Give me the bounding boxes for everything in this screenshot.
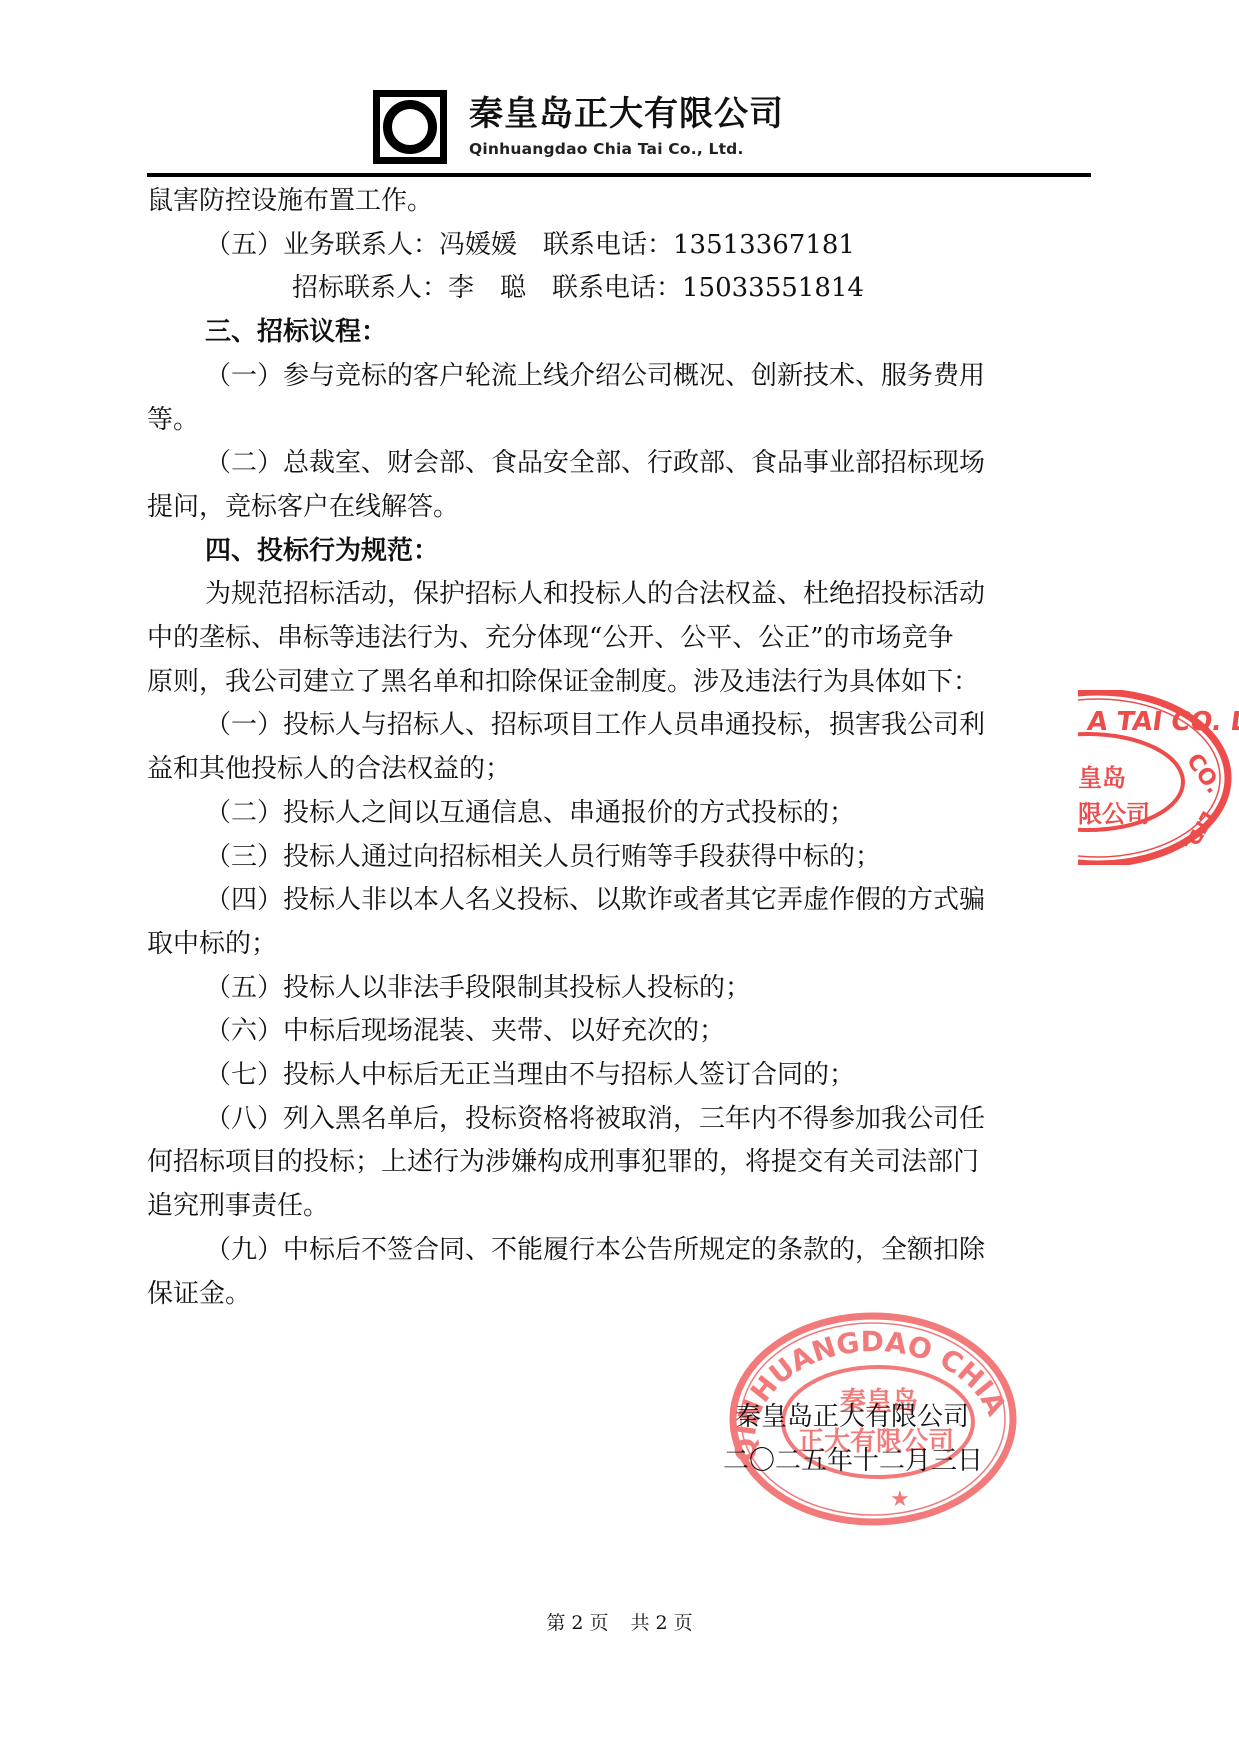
svg-text:CO.: CO. xyxy=(1181,749,1226,798)
section-heading-conduct: 四、投标行为规范： xyxy=(147,530,1082,574)
paragraph-line: 追究刑事责任。 xyxy=(147,1185,1082,1229)
svg-text:★: ★ xyxy=(890,1487,910,1512)
page-total: 共 2 页 xyxy=(631,1612,693,1634)
company-name-en: Qinhuangdao Chia Tai Co., Ltd. xyxy=(469,138,784,160)
paragraph-line: （二）总裁室、财会部、食品安全部、行政部、食品事业部招标现场 xyxy=(147,442,1082,486)
svg-text:LTD.: LTD. xyxy=(1178,807,1217,854)
paragraph-line: 取中标的； xyxy=(147,923,1082,967)
paragraph-line: （一）参与竞标的客户轮流上线介绍公司概况、创新技术、服务费用 xyxy=(147,355,1082,399)
paragraph-line: 益和其他投标人的合法权益的； xyxy=(147,748,1082,792)
section-heading-agenda: 三、招标议程： xyxy=(147,311,1082,355)
paging-seal-icon: A TAI CO. LTD. CO. LTD. 皇岛 限公司 xyxy=(1078,690,1239,865)
paragraph-line: （七）投标人中标后无正当理由不与招标人签订合同的； xyxy=(147,1054,1082,1098)
signature-company: 秦皇岛正大有限公司 xyxy=(735,1395,983,1439)
paragraph-line: （三）投标人通过向招标相关人员行贿等手段获得中标的； xyxy=(147,836,1082,880)
paragraph-line: 何招标项目的投标；上述行为涉嫌构成刑事犯罪的，将提交有关司法部门 xyxy=(147,1141,1082,1185)
document-body: 鼠害防控设施布置工作。 （五）业务联系人：冯媛媛 联系电话：1351336718… xyxy=(147,180,1082,1316)
contact-bidding: 招标联系人：李 聪 联系电话：15033551814 xyxy=(147,267,1082,311)
paragraph-line: 等。 xyxy=(147,399,1082,443)
paragraph-line: （五）投标人以非法手段限制其投标人投标的； xyxy=(147,967,1082,1011)
paragraph-line: 保证金。 xyxy=(147,1273,1082,1317)
svg-text:A TAI CO. LTD.: A TAI CO. LTD. xyxy=(1085,707,1239,737)
paragraph-line: （二）投标人之间以互通信息、串通报价的方式投标的； xyxy=(147,792,1082,836)
paragraph-line: （八）列入黑名单后，投标资格将被取消，三年内不得参加我公司任 xyxy=(147,1098,1082,1142)
signature-block: 秦皇岛正大有限公司 二〇二五年十二月三日 xyxy=(735,1395,983,1483)
paragraph-line: （九）中标后不签合同、不能履行本公告所规定的条款的，全额扣除 xyxy=(147,1229,1082,1273)
paragraph-line: 中的垄标、串标等违法行为、充分体现“公开、公平、公正”的市场竞争 xyxy=(147,617,1082,661)
paragraph-line: 为规范招标活动，保护招标人和投标人的合法权益、杜绝招投标活动 xyxy=(147,573,1082,617)
paragraph-line: 原则，我公司建立了黑名单和扣除保证金制度。涉及违法行为具体如下： xyxy=(147,661,1082,705)
square-ring-logo-icon xyxy=(373,90,447,164)
paragraph-line: 提问，竞标客户在线解答。 xyxy=(147,486,1082,530)
signature-date: 二〇二五年十二月三日 xyxy=(723,1439,983,1483)
page-number: 第 2 页 xyxy=(546,1612,608,1634)
letterhead: 秦皇岛正大有限公司 Qinhuangdao Chia Tai Co., Ltd. xyxy=(373,89,784,165)
paragraph-line: 鼠害防控设施布置工作。 xyxy=(147,180,1082,224)
paragraph-line: （一）投标人与招标人、招标项目工作人员串通投标，损害我公司利 xyxy=(147,704,1082,748)
svg-text:限公司: 限公司 xyxy=(1078,800,1150,828)
header-divider xyxy=(147,173,1091,177)
svg-text:皇岛: 皇岛 xyxy=(1078,764,1126,792)
company-name-cn: 秦皇岛正大有限公司 xyxy=(469,94,784,134)
contact-business: （五）业务联系人：冯媛媛 联系电话：13513367181 xyxy=(147,224,1082,268)
paragraph-line: （六）中标后现场混装、夹带、以好充次的； xyxy=(147,1010,1082,1054)
company-brand: 秦皇岛正大有限公司 Qinhuangdao Chia Tai Co., Ltd. xyxy=(469,94,784,160)
paragraph-line: （四）投标人非以本人名义投标、以欺诈或者其它弄虚作假的方式骗 xyxy=(147,879,1082,923)
page-footer: 第 2 页共 2 页 xyxy=(0,1608,1239,1635)
